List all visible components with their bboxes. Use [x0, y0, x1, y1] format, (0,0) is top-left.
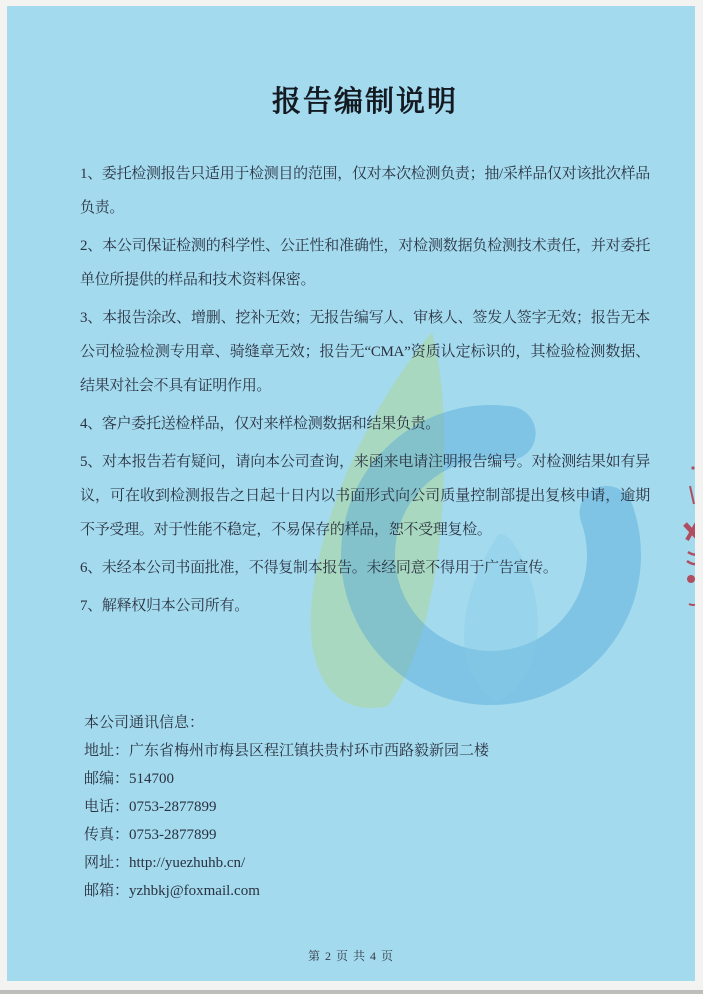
note-item-4: 4、客户委托送检样品，仅对来样检测数据和结果负责。	[80, 407, 650, 441]
contact-line-website: 网址：http://yuezhuhb.cn/	[84, 849, 644, 877]
page-title: 报告编制说明	[80, 84, 650, 120]
report-page: 报告编制说明 1、委托检测报告只适用于检测目的范围，仅对本次检测负责；抽/采样品…	[7, 6, 695, 981]
scan-background: { "document": { "title": "报告编制说明", "note…	[0, 0, 703, 994]
contact-line-phone: 电话：0753-2877899	[84, 793, 644, 821]
scan-edge-shadow	[0, 990, 703, 994]
contact-line-fax: 传真：0753-2877899	[84, 821, 644, 849]
note-item-1: 1、委托检测报告只适用于检测目的范围，仅对本次检测负责；抽/采样品仅对该批次样品…	[80, 157, 650, 225]
red-seal-edge-marks	[680, 458, 695, 618]
contact-line-address: 地址：广东省梅州市梅县区程江镇扶贵村环市西路毅新园二楼	[84, 737, 644, 765]
contact-line-postcode: 邮编：514700	[84, 765, 644, 793]
contact-info: 本公司通讯信息： 地址：广东省梅州市梅县区程江镇扶贵村环市西路毅新园二楼 邮编：…	[84, 709, 644, 905]
note-item-3: 3、本报告涂改、增删、挖补无效；无报告编写人、审核人、签发人签字无效；报告无本公…	[80, 301, 650, 403]
page-number-footer: 第 2 页 共 4 页	[7, 947, 695, 964]
notes-list: 1、委托检测报告只适用于检测目的范围，仅对本次检测负责；抽/采样品仅对该批次样品…	[80, 157, 650, 627]
contact-heading: 本公司通讯信息：	[84, 709, 644, 737]
note-item-6: 6、未经本公司书面批准，不得复制本报告。未经同意不得用于广告宣传。	[80, 551, 650, 585]
contact-line-email: 邮箱：yzhbkj@foxmail.com	[84, 877, 644, 905]
note-item-5: 5、对本报告若有疑问，请向本公司查询，来函来电请注明报告编号。对检测结果如有异议…	[80, 445, 650, 547]
note-item-2: 2、本公司保证检测的科学性、公正性和准确性，对检测数据负检测技术责任，并对委托单…	[80, 229, 650, 297]
note-item-7: 7、解释权归本公司所有。	[80, 589, 650, 623]
